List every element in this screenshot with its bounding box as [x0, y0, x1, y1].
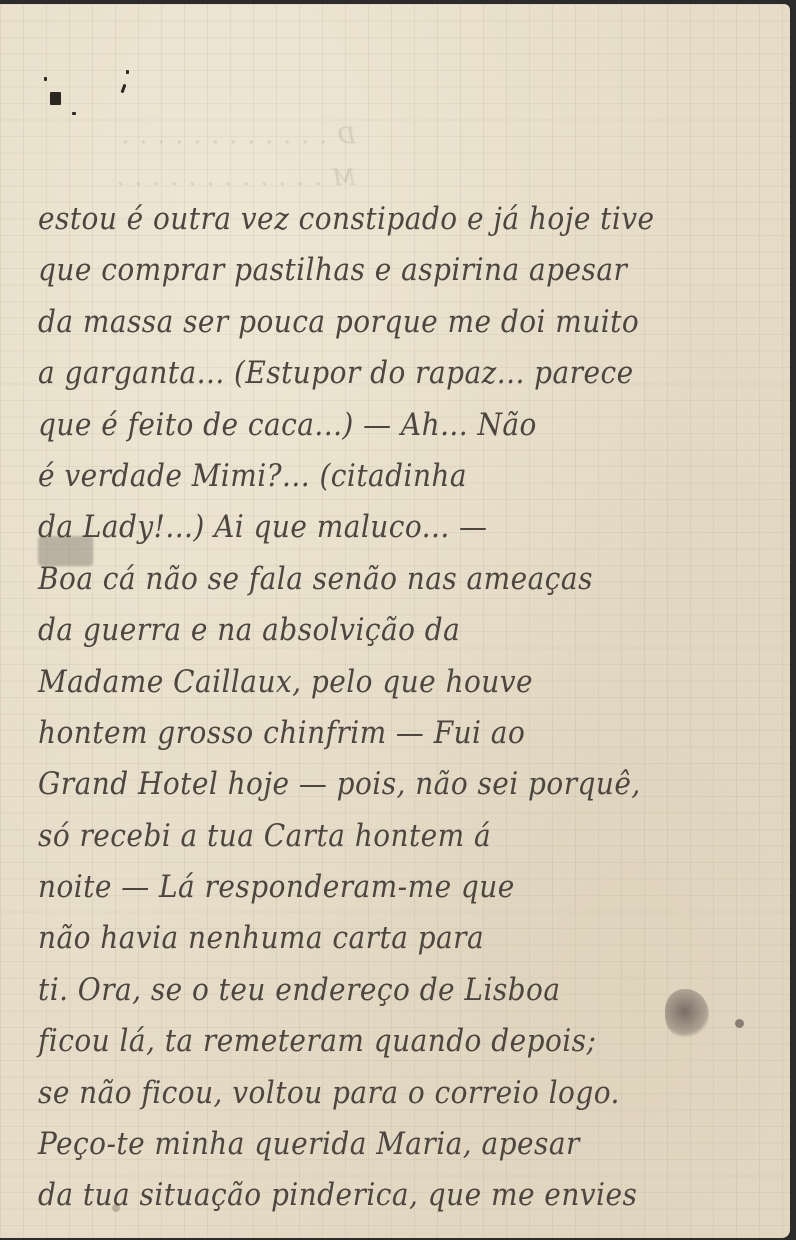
text-line: ficou lá, ta remeteram quando depois;: [38, 1016, 688, 1067]
text-line: noite — Lá responderam-me que: [38, 862, 688, 913]
text-line: da guerra e na absolvição da: [38, 605, 688, 656]
scanned-page: D . . . . . . . . . . . . M . . . . . . …: [0, 0, 796, 1240]
paper-sheet: D . . . . . . . . . . . . M . . . . . . …: [0, 4, 790, 1238]
text-line: que é feito de caca...) — Ah... Não: [38, 400, 688, 451]
show-through-text: D . . . . . . . . . . . . M . . . . . . …: [115, 116, 355, 200]
text-line: Boa cá não se fala senão nas ameaças: [38, 554, 688, 605]
ghost-line: D . . . . . . . . . . . .: [115, 116, 355, 158]
ink-speck: [44, 77, 47, 81]
text-line: Peço-te minha querida Maria, apesar: [38, 1119, 688, 1170]
ink-speck: [126, 70, 129, 74]
text-line: é verdade Mimi?... (citadinha: [38, 451, 688, 502]
text-line: da Lady!...) Ai que maluco... —: [38, 502, 688, 553]
text-line: da massa ser pouca porque me doi muito: [38, 297, 688, 348]
text-line: Madame Caillaux, pelo que houve: [38, 657, 688, 708]
letter-body: estou é outra vez constipado e já hoje t…: [38, 194, 758, 1222]
text-line: se não ficou, voltou para o correio logo…: [38, 1068, 688, 1119]
text-line: que comprar pastilhas e aspirina apesar: [38, 245, 688, 296]
text-line: estou é outra vez constipado e já hoje t…: [38, 194, 688, 245]
text-line: da tua situação pinderica, que me envies: [38, 1170, 688, 1221]
ink-speck: [50, 92, 61, 105]
text-line: só recebi a tua Carta hontem á: [38, 811, 688, 862]
ink-speck: [72, 112, 76, 115]
text-line: não havia nenhuma carta para: [38, 913, 688, 964]
ink-speck: [121, 84, 127, 93]
text-line: a garganta... (Estupor do rapaz... parec…: [38, 348, 688, 399]
text-line: ti. Ora, se o teu endereço de Lisboa: [38, 965, 688, 1016]
text-line: Grand Hotel hoje — pois, não sei porquê,: [38, 759, 688, 810]
text-line: hontem grosso chinfrim — Fui ao: [38, 708, 688, 759]
